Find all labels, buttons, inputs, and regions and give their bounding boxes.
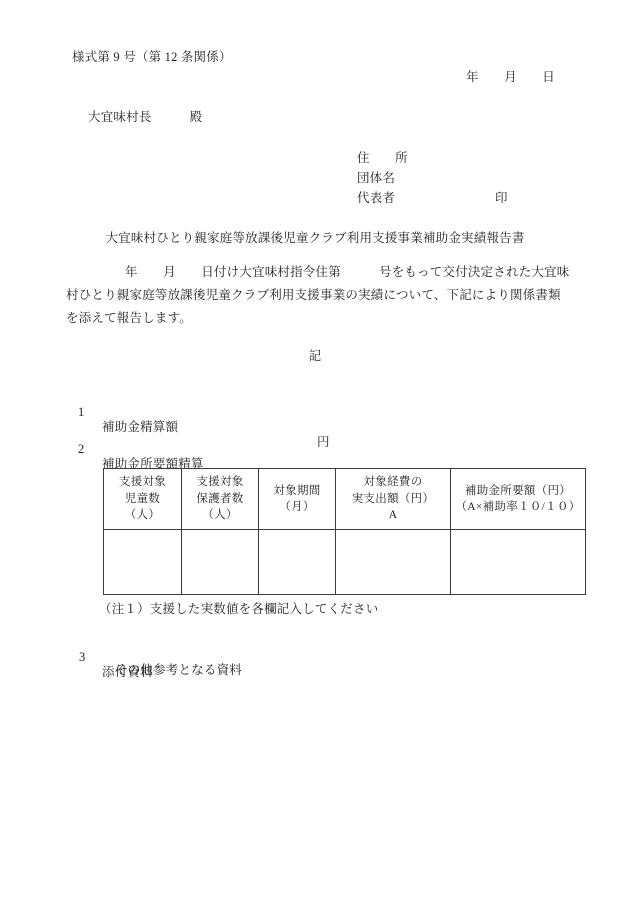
sender-representative-label: 代表者 (357, 191, 395, 206)
form-number: 様式第 9 号（第 12 条関係） (72, 50, 232, 65)
header-supported-children: 支援対象 児童数 （人） (104, 469, 182, 530)
table-note: （注１）支援した実数値を各欄記入してください (99, 602, 378, 617)
item-2-number: 2 (78, 442, 84, 457)
body-line-3: を添えて報告します。 (66, 311, 192, 326)
cell-actual-expenditure (336, 530, 451, 595)
header-subsidy-required-amount: 補助金所要額（円） （A×補助率１０/１０） (451, 469, 586, 530)
sender-organization-label: 団体名 (357, 171, 395, 186)
item-3-number: 3 (79, 650, 85, 665)
header-actual-expenditure: 対象経費の 実支出額（円） A (336, 469, 451, 530)
header-supported-guardians: 支援対象 保護者数 （人） (182, 469, 259, 530)
table-header-row: 支援対象 児童数 （人） 支援対象 保護者数 （人） 対象期間 （月） 対象経費… (104, 469, 586, 530)
cell-supported-children (104, 530, 182, 595)
subsidy-calculation-table: 支援対象 児童数 （人） 支援対象 保護者数 （人） 対象期間 （月） 対象経費… (103, 468, 586, 595)
ki-heading: 記 (0, 349, 630, 364)
item-3-row: 3 添付資料 (0, 635, 630, 695)
addressee: 大宜味村長 殿 (88, 110, 202, 125)
body-line-1: 年 月 日付け大宜味村指令住第 号をもって交付決定された大宜味 (66, 265, 570, 280)
document-page: 様式第 9 号（第 12 条関係） 年 月 日 大宜味村長 殿 住 所 団体名 … (0, 0, 630, 903)
cell-supported-guardians (182, 530, 259, 595)
header-target-period: 対象期間 （月） (259, 469, 336, 530)
date-line: 年 月 日 (466, 70, 555, 85)
item-3-attachment: その他参考となる資料 (115, 663, 242, 678)
document-title: 大宜味村ひとり親家庭等放課後児童クラブ利用支援事業補助金実績報告書 (0, 231, 630, 246)
body-line-2: 村ひとり親家庭等放課後児童クラブ利用支援事業の実績について、下記により関係書類 (66, 288, 561, 303)
cell-target-period (259, 530, 336, 595)
cell-subsidy-required-amount (451, 530, 586, 595)
table-row (104, 530, 586, 595)
sender-address-label: 住 所 (357, 151, 408, 166)
seal-mark: 印 (495, 191, 508, 206)
item-1-number: 1 (78, 405, 84, 420)
